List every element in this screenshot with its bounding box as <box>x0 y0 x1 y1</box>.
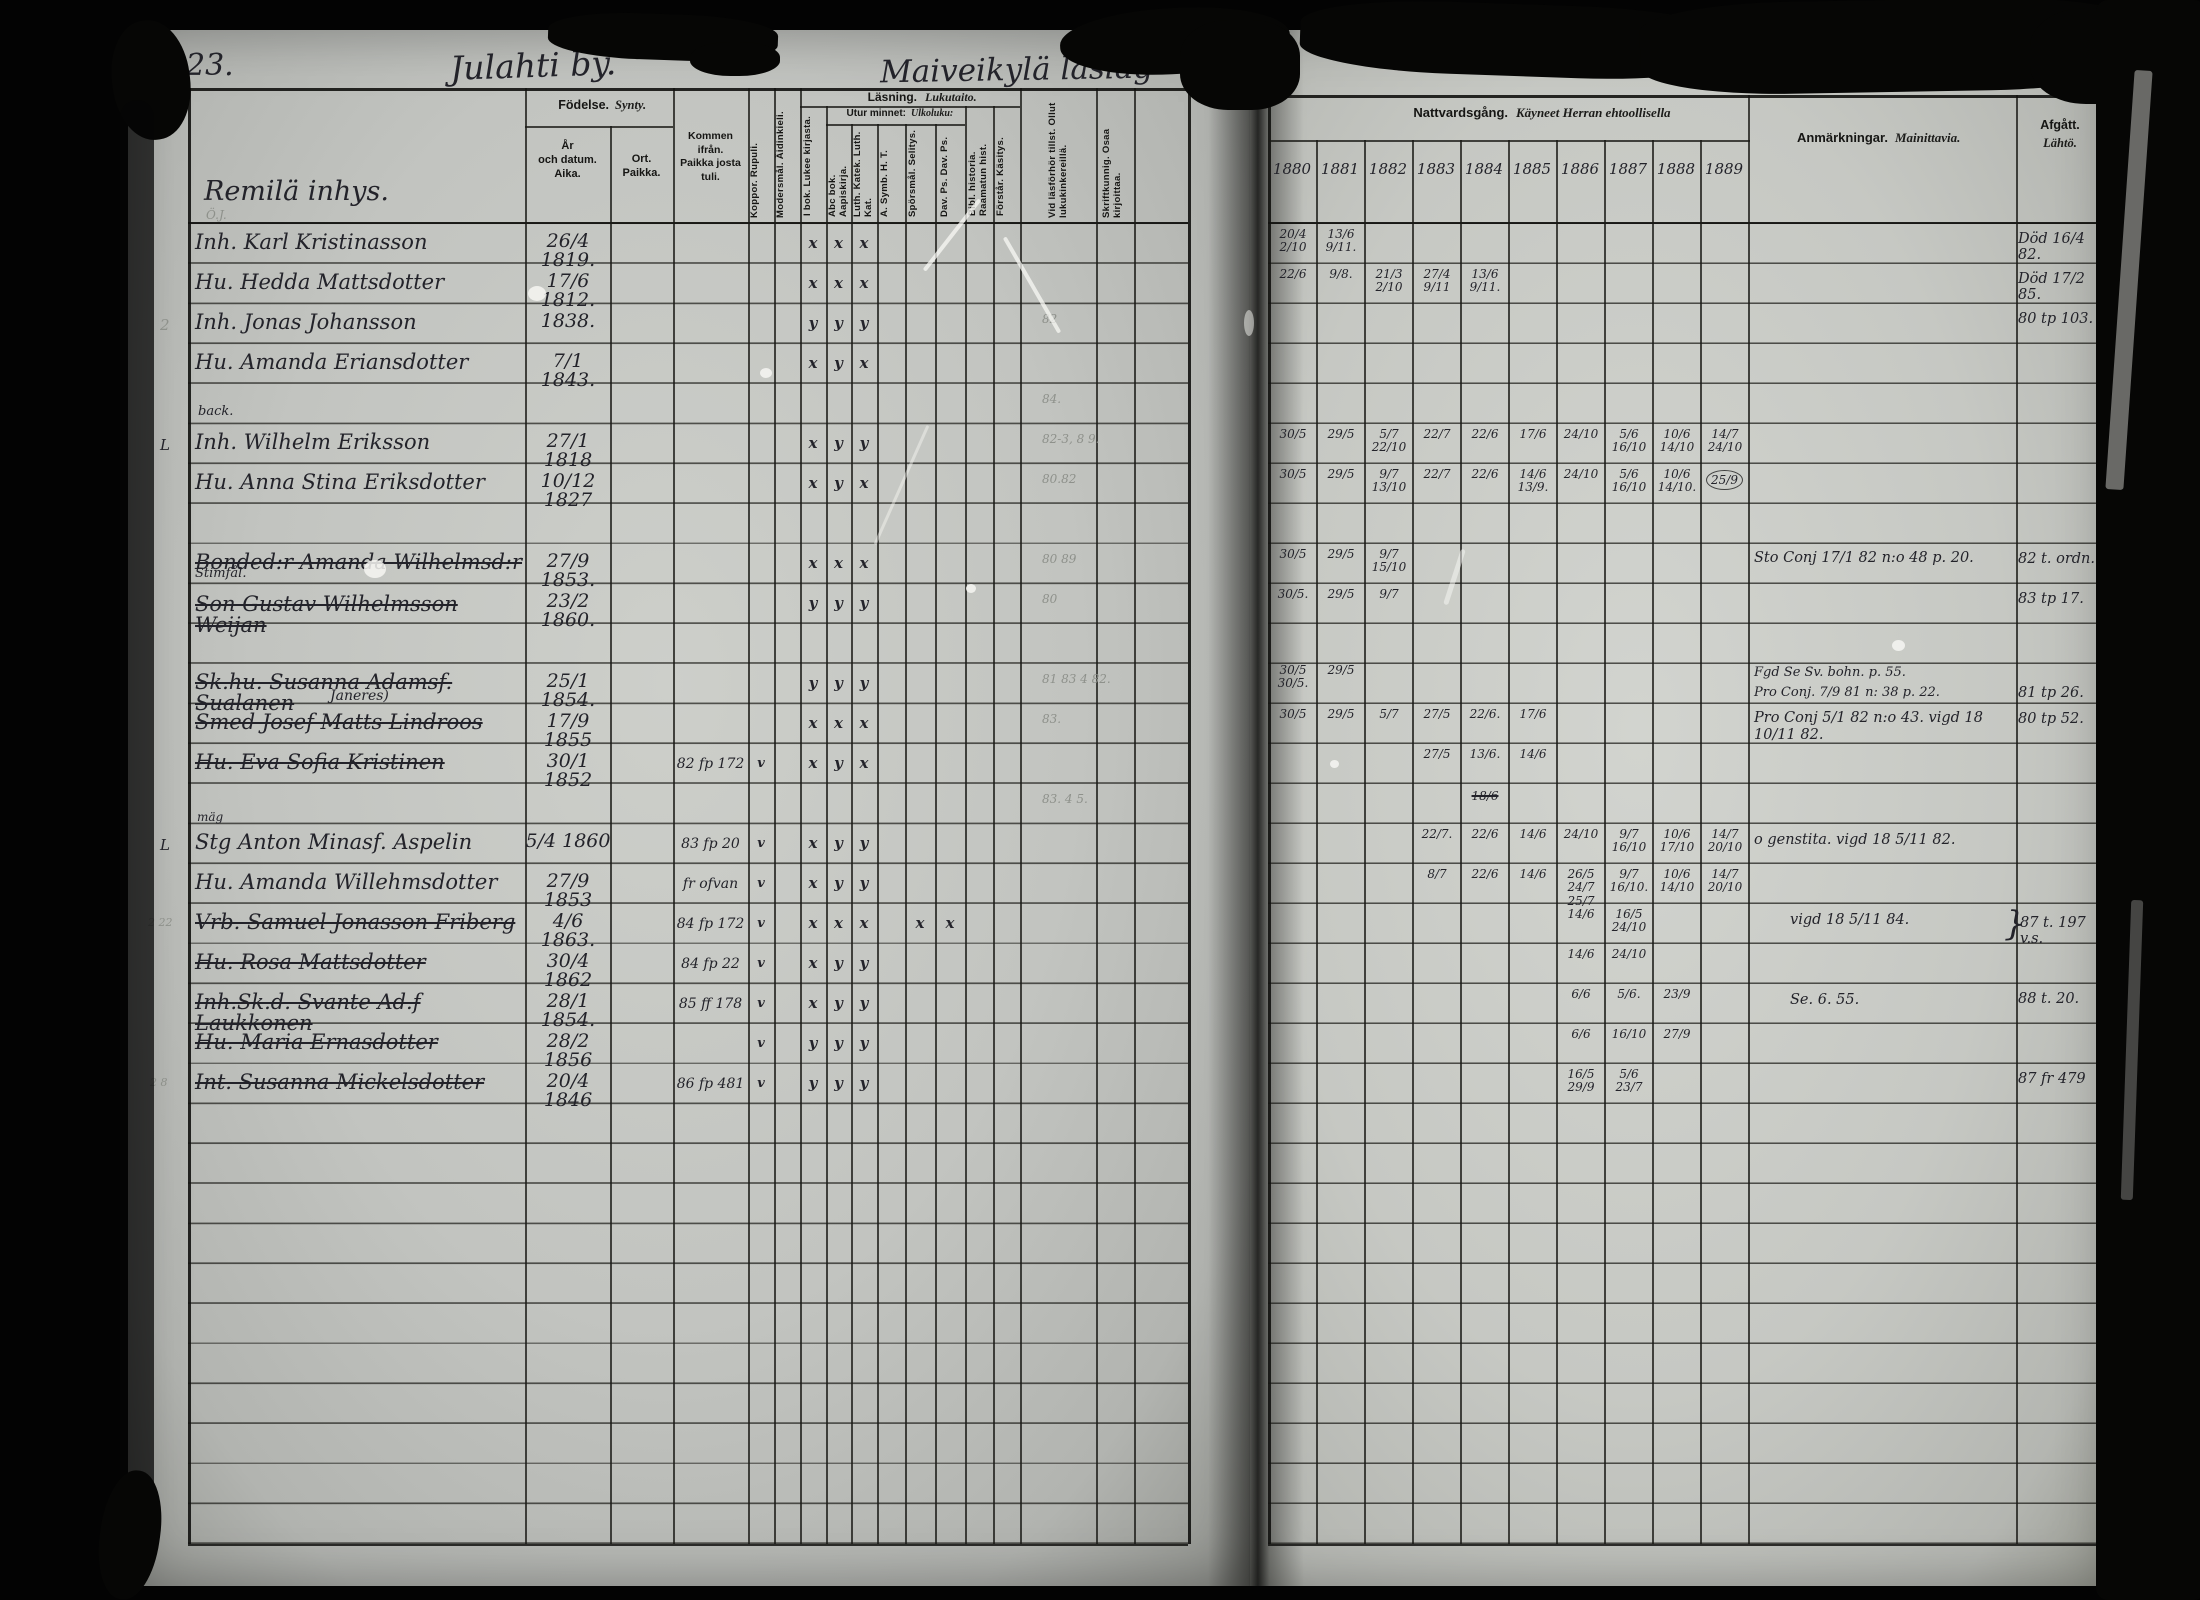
grid-line <box>525 126 673 128</box>
header-utur-minnet: Utur minnet: <box>830 108 906 119</box>
grid-line <box>188 88 1190 91</box>
header-modersmal: Modersmål. Äidinkieli. <box>776 100 800 218</box>
grid-line <box>188 88 191 1544</box>
page-edge-shadow <box>120 100 154 1520</box>
grid-line <box>1508 140 1510 1544</box>
grid-line <box>800 106 1020 108</box>
page-number: 23. <box>186 48 234 83</box>
scan-speck <box>528 286 546 301</box>
header-nattvardsgang: Nattvardsgång. <box>1330 105 1508 120</box>
header-afgatt-fi: Lähtö. <box>2018 136 2102 151</box>
grid-line <box>800 88 802 1544</box>
grid-line <box>1364 140 1366 1544</box>
header-anmarkningar: Anmärkningar. <box>1760 130 1888 145</box>
grid-line <box>1188 88 1191 1544</box>
grid-line <box>1700 140 1702 1544</box>
grid-line <box>2016 95 2018 1544</box>
year-header-1881: 1881 <box>1317 160 1363 178</box>
grid-line <box>1652 140 1654 1544</box>
book-edge <box>2096 0 2200 1600</box>
year-header-1887: 1887 <box>1605 160 1651 178</box>
header-ar-och-datum: År och datum. Aika. <box>527 140 608 181</box>
header-kommen-ifran: Kommen ifrån. Paikka josta tuli. <box>675 130 746 185</box>
grid-line <box>965 106 967 1544</box>
year-header-1880: 1880 <box>1269 160 1315 178</box>
year-header-1888: 1888 <box>1653 160 1699 178</box>
torn-edge <box>690 42 780 76</box>
year-header-1885: 1885 <box>1509 160 1555 178</box>
header-luth-katek: Luth. Katek. Luth. Kat. <box>853 127 877 217</box>
grid-line <box>774 88 776 1544</box>
grid-line <box>1412 140 1414 1544</box>
header-vid-lasforhor: Vid läsförhör tillst. Ollut lukukinkerei… <box>1048 100 1082 218</box>
year-header-1886: 1886 <box>1557 160 1603 178</box>
header-sporsmal: Spörsmål. Selitys. <box>908 127 932 217</box>
header-lasning-fi: Lukutaito. <box>925 90 1015 105</box>
header-nattvardsgang-fi: Käyneet Herran ehtoollisella <box>1516 105 1736 121</box>
scan-speck <box>1892 640 1905 651</box>
grid-line <box>1268 95 2106 98</box>
grid-line <box>1268 140 1750 142</box>
header-skriftkunnig: Skriftkunnig. Osaa kirjoittaa. <box>1102 100 1132 218</box>
scan-speck <box>966 584 976 593</box>
header-fodelse: Födelse. <box>527 98 609 112</box>
header-i-bok: I bok. Lukee kirjasta. <box>803 110 827 216</box>
grid-line <box>1268 95 1271 1544</box>
ruled-rows-left <box>188 222 1188 1546</box>
header-fodelse-fi: Synty. <box>615 98 671 113</box>
grid-line <box>826 106 828 1544</box>
grid-line <box>1096 88 1098 1544</box>
header-forstar: Förstår. Käsitys. <box>996 110 1020 216</box>
header-ort: Ort. Paikka. <box>612 152 671 181</box>
scan-speck <box>364 560 386 578</box>
header-utur-minnet-fi: Ulkoluku: <box>911 108 965 119</box>
grid-line <box>905 124 907 1544</box>
section-title: Remilä inhys. <box>204 176 389 207</box>
header-koppor: Koppor. Rupuli. <box>750 100 774 218</box>
grid-line <box>826 124 965 126</box>
scan-speck <box>1244 310 1254 336</box>
torn-edge <box>1180 20 1300 110</box>
grid-line <box>1134 88 1136 1544</box>
grid-line <box>610 126 612 1544</box>
grid-line <box>1748 95 1750 1544</box>
grid-line <box>1020 88 1022 1544</box>
ruled-rows-right <box>1268 222 2104 1546</box>
year-header-1882: 1882 <box>1365 160 1411 178</box>
year-header-1883: 1883 <box>1413 160 1459 178</box>
year-header-1884: 1884 <box>1461 160 1507 178</box>
header-dav-ps: Dav. Ps. Dav. Ps. <box>940 127 964 217</box>
grid-line <box>525 88 527 1544</box>
grid-line <box>748 88 750 1544</box>
grid-line <box>1316 140 1318 1544</box>
year-header-1889: 1889 <box>1701 160 1747 178</box>
scanned-ledger-page: 23. Julahti by. Maiveikylä läslag Remilä… <box>0 0 2200 1600</box>
grid-line <box>993 106 995 1544</box>
scan-speck <box>1330 760 1339 768</box>
grid-line <box>1460 140 1462 1544</box>
grid-line <box>1604 140 1606 1544</box>
grid-line <box>851 124 853 1544</box>
grid-line <box>935 124 937 1544</box>
scan-speck <box>760 368 772 378</box>
grid-line <box>1556 140 1558 1544</box>
grid-line <box>673 88 675 1544</box>
header-anmarkningar-fi: Mainittavia. <box>1895 130 2005 146</box>
grid-line <box>877 124 879 1544</box>
header-lasning: Läsning. <box>822 90 917 104</box>
header-a-symb: A. Symb. H. T. <box>880 127 904 217</box>
header-afgatt: Afgått. <box>2018 118 2102 132</box>
header-abc-bok: Abc bok. Aapiskirja. <box>828 127 852 217</box>
